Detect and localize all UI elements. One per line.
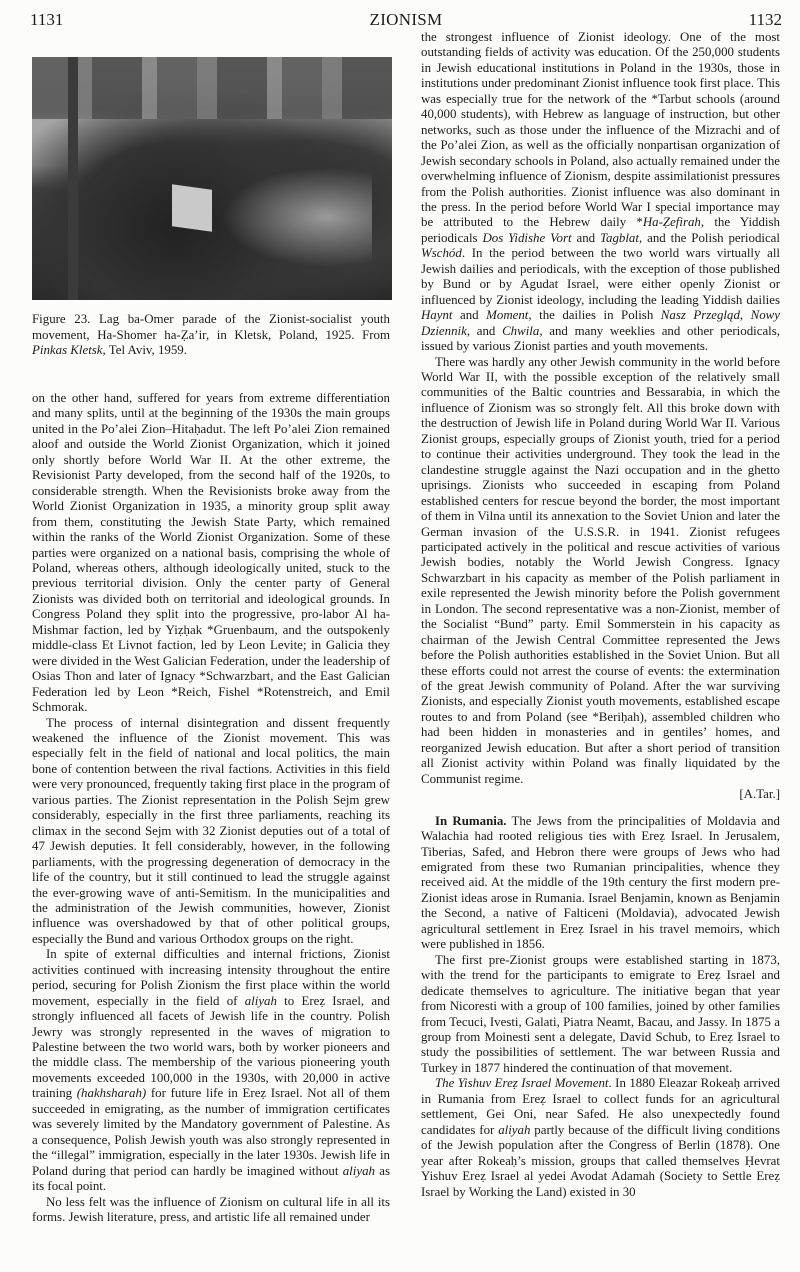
italic-term: aliyah bbox=[245, 994, 277, 1008]
italic-term: Ha-Ẓefirah bbox=[643, 215, 701, 229]
paragraph: The first pre-Zionist groups were establ… bbox=[421, 953, 780, 1077]
paragraph: on the other hand, suffered for years fr… bbox=[32, 391, 390, 716]
italic-term: Dos Yidishe Vort bbox=[482, 231, 571, 245]
figure-caption: Figure 23. Lag ba-Omer parade of the Zio… bbox=[32, 312, 390, 359]
caption-source-title: Pinkas Kletsk bbox=[32, 343, 103, 357]
paragraph: The Yishuv Ereẓ Israel Movement. In 1880… bbox=[421, 1076, 780, 1200]
paragraph: No less felt was the influence of Zionis… bbox=[32, 1195, 390, 1226]
italic-term: Moment bbox=[486, 308, 528, 322]
paragraph: In Rumania. The Jews from the principali… bbox=[421, 814, 780, 953]
italic-term: aliyah bbox=[343, 1164, 375, 1178]
italic-term: aliyah bbox=[498, 1123, 530, 1137]
text-run: the strongest influence of Zionist ideol… bbox=[421, 30, 780, 229]
paragraph: the strongest influence of Zionist ideol… bbox=[421, 30, 780, 355]
section-heading-rumania: In Rumania. bbox=[435, 814, 507, 828]
running-title: ZIONISM bbox=[30, 10, 782, 30]
text-run: , and the Polish periodical bbox=[639, 231, 780, 245]
photo-banner bbox=[172, 184, 212, 232]
parade-photo bbox=[32, 57, 392, 300]
italic-term: Haynt bbox=[421, 308, 453, 322]
photo-pole bbox=[68, 57, 78, 300]
subsection-heading-yishuv: The Yishuv Ereẓ Israel Movement bbox=[435, 1076, 608, 1090]
italic-term: Wschód bbox=[421, 246, 462, 260]
caption-label: Figure 23. bbox=[32, 312, 90, 326]
italic-term: (hakhsharah) bbox=[77, 1086, 146, 1100]
paragraph: In spite of external difficulties and in… bbox=[32, 947, 390, 1194]
photo-houses-background bbox=[32, 57, 392, 119]
italic-term: Tagblat bbox=[600, 231, 639, 245]
page-number-right: 1132 bbox=[749, 10, 782, 30]
text-run: , bbox=[740, 308, 751, 322]
text-run: , the dailies in Polish bbox=[528, 308, 660, 322]
text-run: to Ereẓ Israel, and strongly influenced … bbox=[32, 994, 390, 1101]
text-run: , and bbox=[467, 324, 502, 338]
italic-term: Chwila bbox=[502, 324, 539, 338]
text-run: and bbox=[453, 308, 487, 322]
italic-term: Nasz Przegląd bbox=[661, 308, 740, 322]
photo-street bbox=[222, 167, 372, 267]
left-column: on the other hand, suffered for years fr… bbox=[32, 391, 390, 1225]
text-run: . In the period between the two world wa… bbox=[421, 246, 780, 306]
paragraph: There was hardly any other Jewish commun… bbox=[421, 355, 780, 788]
caption-source-rest: , Tel Aviv, 1959. bbox=[103, 343, 187, 357]
paragraph: The process of internal disintegration a… bbox=[32, 716, 390, 948]
text-run: The Jews from the principalities of Mold… bbox=[421, 814, 780, 952]
right-column: the strongest influence of Zionist ideol… bbox=[421, 30, 780, 1200]
text-run: and bbox=[572, 231, 600, 245]
author-signoff: [A.Tar.] bbox=[421, 787, 780, 802]
